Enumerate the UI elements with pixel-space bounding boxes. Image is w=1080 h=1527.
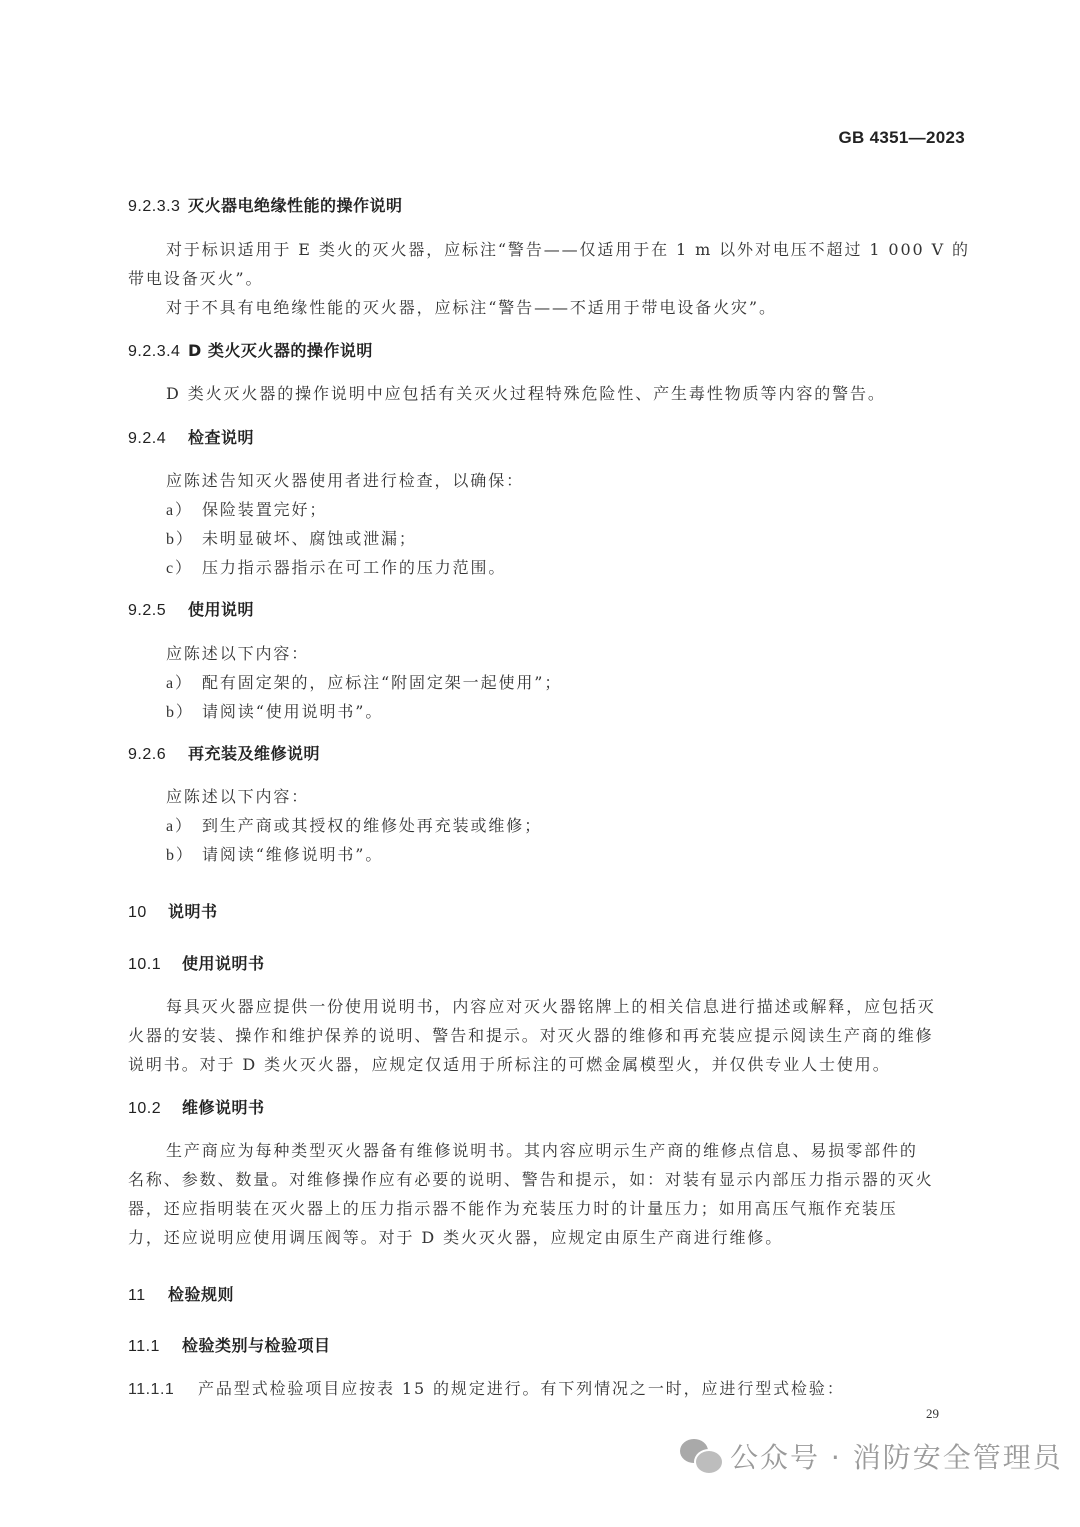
list-item: a）保险装置完好； [166, 497, 327, 520]
section-title: 维修说明书 [182, 1098, 265, 1117]
section-heading-10: 10说明书 [128, 899, 218, 922]
section-title: 说明书 [168, 902, 218, 921]
document-page: GB 4351—2023 9.2.3.3灭火器电绝缘性能的操作说明 对于标识适用… [0, 0, 1080, 1527]
section-number: 9.2.6 [128, 746, 188, 764]
list-item: b）请阅读“使用说明书”。 [166, 699, 383, 722]
list-text: 请阅读“维修说明书”。 [202, 845, 383, 864]
section-number: 9.2.3.4 [128, 343, 188, 361]
section-heading-10-2: 10.2维修说明书 [128, 1095, 265, 1118]
paragraph: 应陈述以下内容： [166, 641, 309, 664]
section-heading-9-2-5: 9.2.5使用说明 [128, 597, 254, 620]
section-title: D 类火灭火器的操作说明 [188, 341, 373, 360]
section-number: 9.2.3.3 [128, 198, 188, 216]
list-marker: a） [166, 813, 202, 836]
section-heading-11: 11检验规则 [128, 1282, 234, 1305]
list-marker: a） [166, 670, 202, 693]
section-title: 灭火器电绝缘性能的操作说明 [188, 196, 403, 215]
list-marker: b） [166, 842, 202, 865]
section-title: 检查说明 [188, 428, 254, 447]
section-number: 9.2.5 [128, 602, 188, 620]
list-marker: c） [166, 555, 202, 578]
paragraph: 对于标识适用于 E 类火的灭火器，应标注“警告——仅适用于在 1 m 以外对电压… [166, 237, 970, 260]
section-number: 11.1.1 [128, 1381, 198, 1399]
paragraph: 对于不具有电绝缘性能的灭火器，应标注“警告——不适用于带电设备火灾”。 [166, 295, 777, 318]
section-heading-9-2-3-3: 9.2.3.3灭火器电绝缘性能的操作说明 [128, 193, 403, 216]
list-text: 配有固定架的，应标注“附固定架一起使用”； [202, 673, 562, 692]
standard-code: GB 4351—2023 [839, 128, 965, 148]
list-item: b）未明显破坏、腐蚀或泄漏； [166, 526, 417, 549]
list-marker: b） [166, 699, 202, 722]
paragraph: D 类火灭火器的操作说明中应包括有关灭火过程特殊危险性、产生毒性物质等内容的警告… [166, 381, 886, 404]
list-item: b）请阅读“维修说明书”。 [166, 842, 383, 865]
section-number: 11 [128, 1287, 168, 1305]
watermark-text: 公众号 · 消防安全管理员 [730, 1436, 1063, 1476]
paragraph-line: 火器的安装、操作和维护保养的说明、警告和提示。对灭火器的维修和再充装应提示阅读生… [128, 1023, 934, 1046]
clause-text: 产品型式检验项目应按表 15 的规定进行。有下列情况之一时，应进行型式检验： [198, 1379, 845, 1398]
section-title: 检验类别与检验项目 [182, 1336, 331, 1355]
section-heading-9-2-4: 9.2.4检查说明 [128, 425, 254, 448]
section-title: 检验规则 [168, 1285, 234, 1304]
paragraph-line: 说明书。对于 D 类火灭火器，应规定仅适用于所标注的可燃金属模型火，并仅供专业人… [128, 1052, 891, 1075]
watermark: 公众号 · 消防安全管理员 [680, 1436, 1063, 1476]
section-heading-9-2-3-4: 9.2.3.4D 类火灭火器的操作说明 [128, 338, 373, 361]
list-text: 未明显破坏、腐蚀或泄漏； [202, 529, 417, 548]
list-item: a）到生产商或其授权的维修处再充装或维修； [166, 813, 542, 836]
wechat-icon [680, 1439, 722, 1473]
paragraph: 带电设备灭火”。 [128, 266, 263, 289]
section-title: 使用说明书 [182, 954, 265, 973]
clause-11-1-1: 11.1.1产品型式检验项目应按表 15 的规定进行。有下列情况之一时，应进行型… [128, 1376, 845, 1399]
section-number: 10.2 [128, 1100, 182, 1118]
list-text: 到生产商或其授权的维修处再充装或维修； [202, 816, 542, 835]
paragraph-line: 力，还应说明应使用调压阀等。对于 D 类火灭火器，应规定由原生产商进行维修。 [128, 1225, 783, 1248]
list-marker: a） [166, 497, 202, 520]
section-heading-9-2-6: 9.2.6再充装及维修说明 [128, 741, 320, 764]
section-title: 使用说明 [188, 600, 254, 619]
section-title: 再充装及维修说明 [188, 744, 320, 763]
paragraph: 应陈述告知灭火器使用者进行检查，以确保： [166, 468, 524, 491]
section-number: 9.2.4 [128, 430, 188, 448]
list-item: c）压力指示器指示在可工作的压力范围。 [166, 555, 506, 578]
section-number: 10 [128, 904, 168, 922]
page-number: 29 [926, 1406, 939, 1422]
list-text: 保险装置完好； [202, 500, 327, 519]
list-text: 压力指示器指示在可工作的压力范围。 [202, 558, 506, 577]
paragraph-line: 每具灭火器应提供一份使用说明书，内容应对灭火器铭牌上的相关信息进行描述或解释，应… [166, 994, 936, 1017]
section-heading-10-1: 10.1使用说明书 [128, 951, 265, 974]
list-item: a）配有固定架的，应标注“附固定架一起使用”； [166, 670, 562, 693]
section-heading-11-1: 11.1检验类别与检验项目 [128, 1333, 331, 1356]
section-number: 11.1 [128, 1338, 182, 1356]
paragraph-line: 名称、参数、数量。对维修操作应有必要的说明、警告和提示，如：对装有显示内部压力指… [128, 1167, 934, 1190]
paragraph-line: 生产商应为每种类型灭火器备有维修说明书。其内容应明示生产商的维修点信息、易损零部… [166, 1138, 918, 1161]
paragraph: 应陈述以下内容： [166, 784, 309, 807]
list-text: 请阅读“使用说明书”。 [202, 702, 383, 721]
paragraph-line: 器，还应指明装在灭火器上的压力指示器不能作为充装压力时的计量压力；如用高压气瓶作… [128, 1196, 898, 1219]
list-marker: b） [166, 526, 202, 549]
section-number: 10.1 [128, 956, 182, 974]
